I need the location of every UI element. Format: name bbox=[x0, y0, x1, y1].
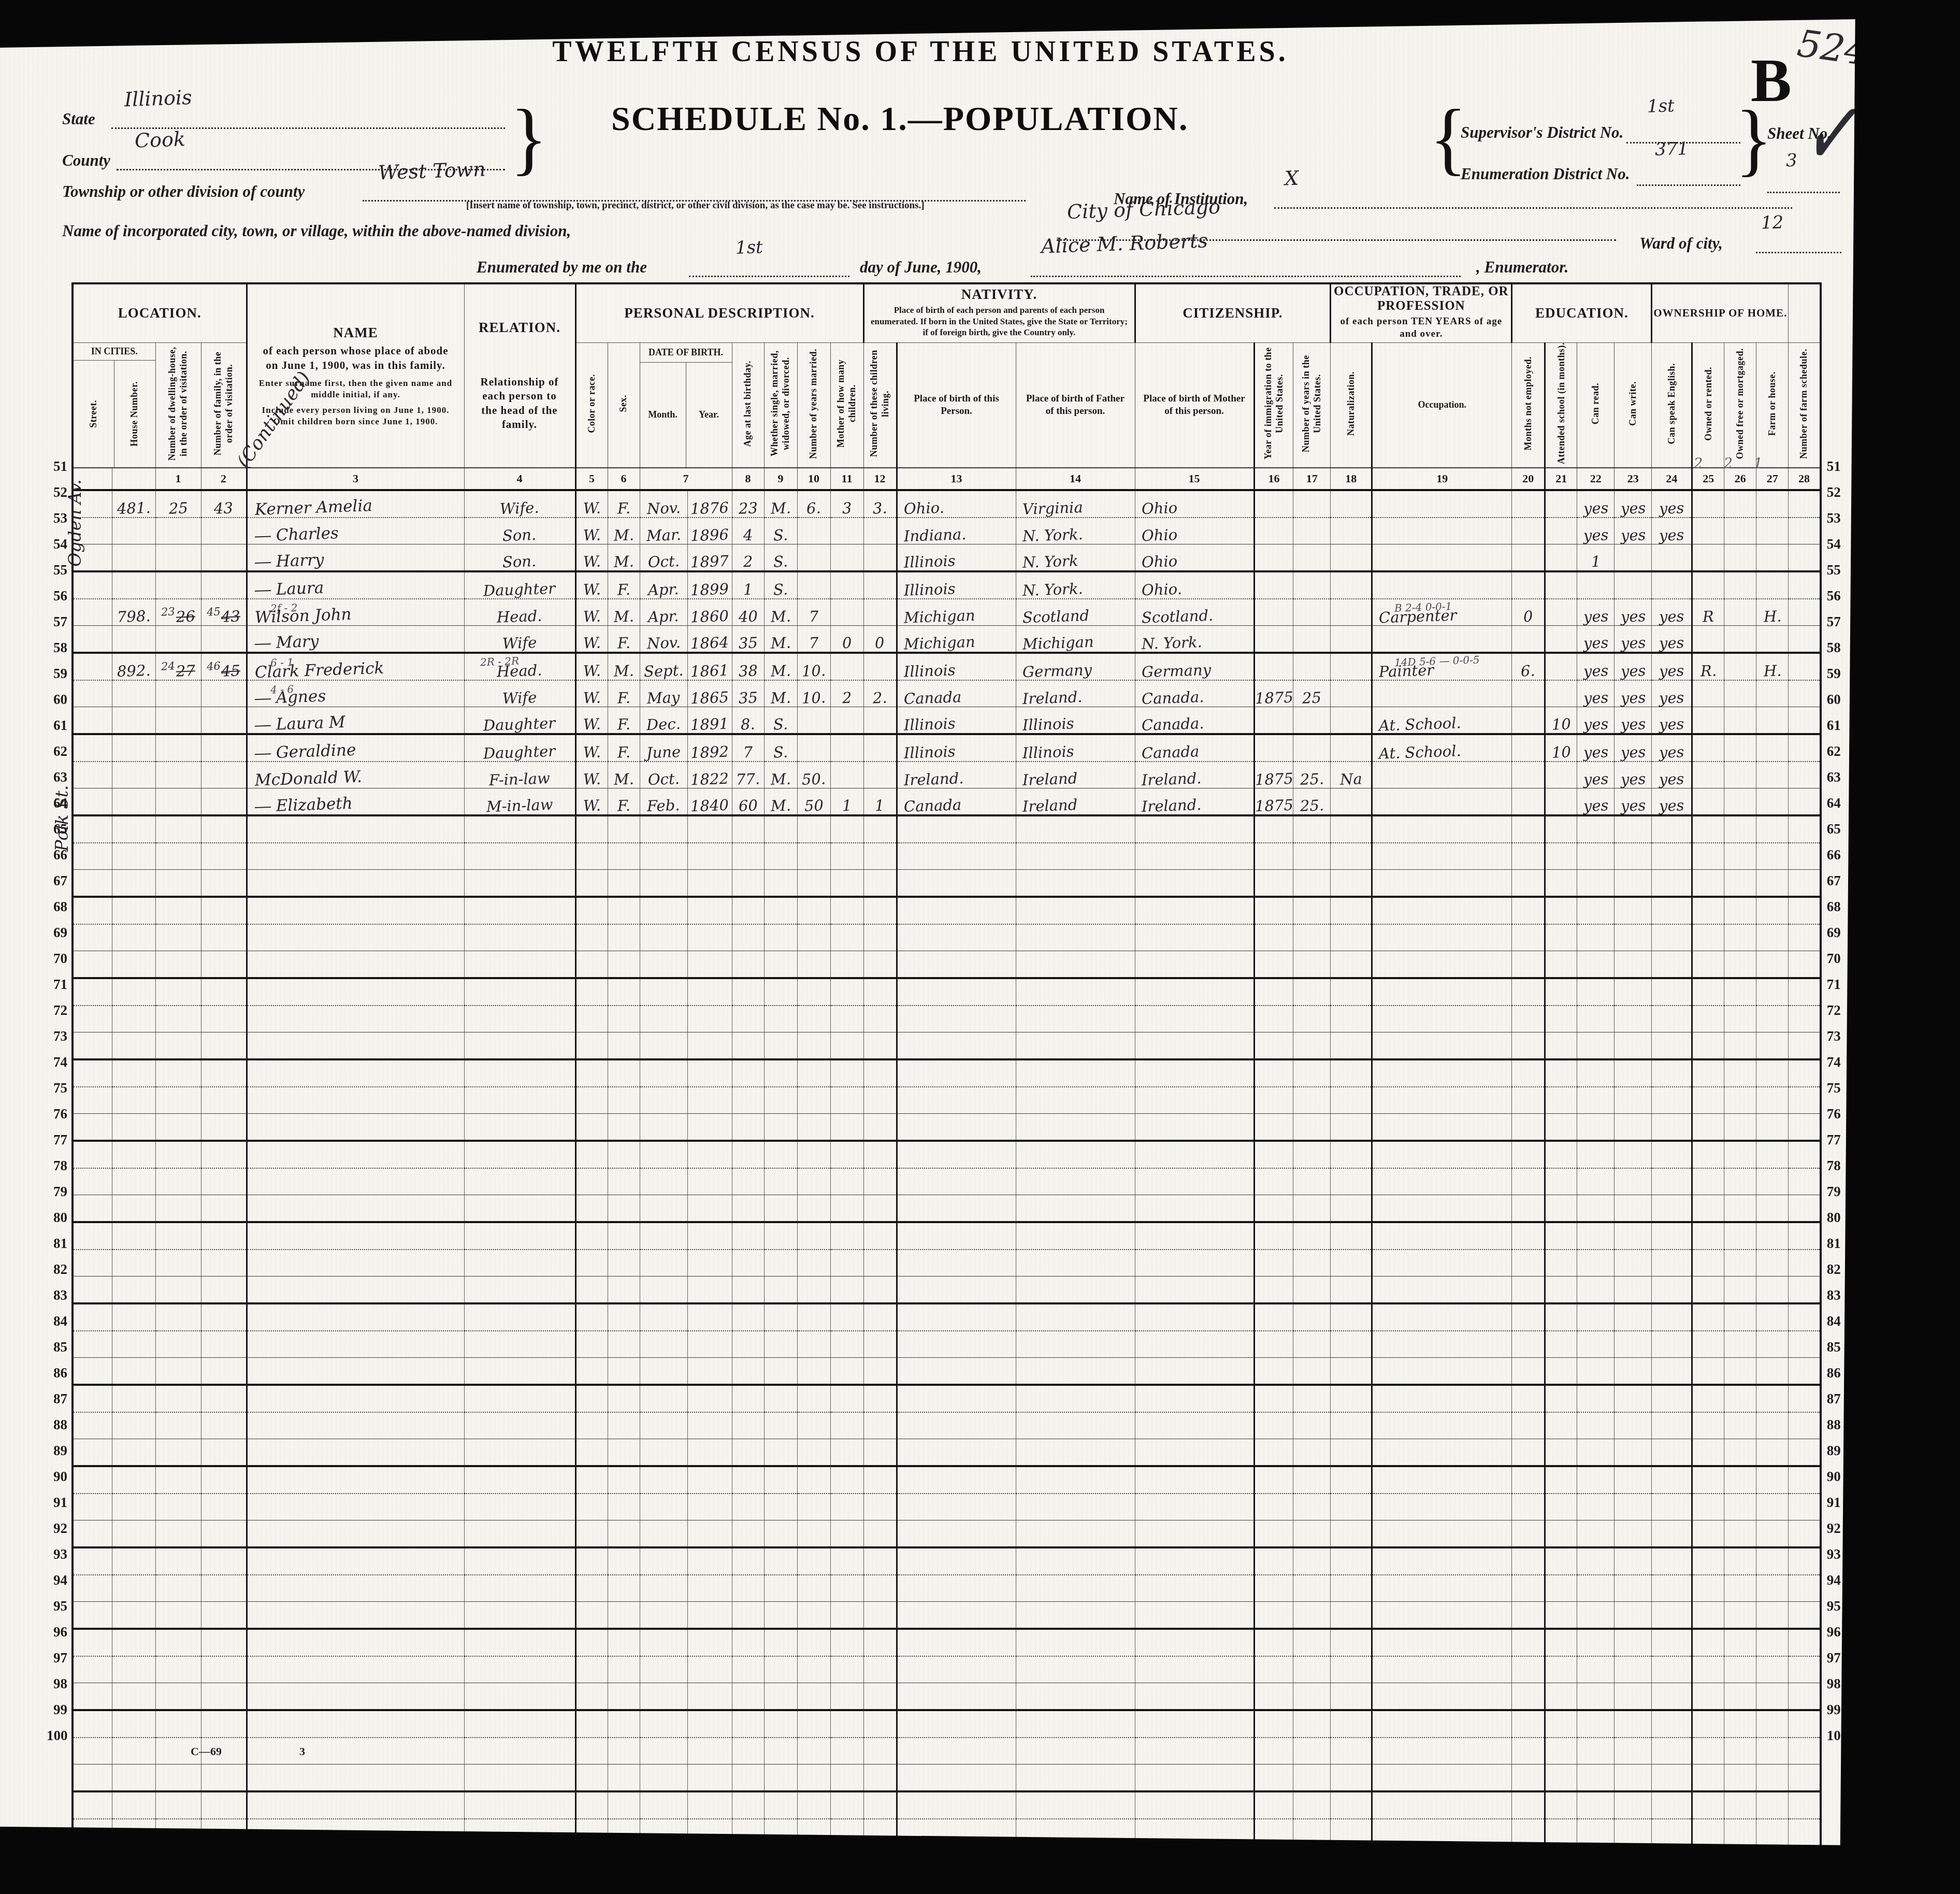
row-number: 99 bbox=[47, 1697, 71, 1723]
cell-rd bbox=[1577, 1222, 1615, 1250]
cell-own bbox=[1692, 788, 1724, 815]
cell-mar: M. bbox=[764, 788, 797, 815]
cell-nat: Na bbox=[1331, 762, 1372, 788]
pencil-education-marks: 2 2 1 bbox=[1694, 456, 1771, 472]
cell-fam bbox=[201, 951, 247, 978]
enumerator-label: , Enumerator. bbox=[1476, 258, 1568, 277]
col-color: Color or race. bbox=[575, 342, 608, 468]
cell-nat bbox=[1331, 490, 1372, 518]
cell-mar: M. bbox=[764, 490, 797, 518]
cell-age: 38 bbox=[732, 653, 764, 680]
cell-dw bbox=[155, 1303, 201, 1331]
cell-pf bbox=[1016, 924, 1135, 951]
cell-dw bbox=[155, 843, 201, 870]
cell-ym: 10. bbox=[797, 680, 830, 707]
cell-yr bbox=[687, 1412, 732, 1439]
cell-col bbox=[575, 924, 608, 951]
cell-fh bbox=[1756, 1222, 1789, 1250]
cell-sex bbox=[608, 1168, 640, 1195]
cell-ym bbox=[797, 1113, 830, 1141]
cell-fs bbox=[1789, 1575, 1821, 1602]
cell-rel bbox=[464, 1385, 575, 1412]
cell-fh bbox=[1756, 1466, 1789, 1494]
cell-hn bbox=[112, 518, 155, 544]
cell-imm bbox=[1254, 1738, 1293, 1764]
cell-sch bbox=[1545, 1087, 1577, 1114]
cell-rd bbox=[1577, 1764, 1615, 1791]
cell-en bbox=[1652, 1520, 1692, 1547]
cell-yus bbox=[1293, 897, 1331, 924]
cell-fs bbox=[1789, 1357, 1821, 1385]
cell-ym: 50 bbox=[797, 788, 830, 815]
cell-hn bbox=[112, 1791, 155, 1819]
row-number: 74 bbox=[47, 1049, 71, 1075]
cell-age bbox=[732, 897, 764, 924]
cell-col bbox=[575, 897, 608, 924]
cell-pb bbox=[897, 1656, 1016, 1683]
cell-occ bbox=[1372, 518, 1512, 544]
cell-fs bbox=[1789, 1547, 1821, 1575]
cell-yr: 1822 bbox=[687, 762, 732, 788]
cell-sex bbox=[608, 815, 640, 843]
cell-sch bbox=[1545, 1575, 1577, 1602]
supervisor-label: Supervisor's District No. bbox=[1461, 123, 1623, 142]
cell-own bbox=[1692, 1547, 1724, 1575]
cell-fam: 4543 bbox=[201, 599, 247, 626]
cell-pm bbox=[1135, 1764, 1254, 1791]
cell-mar bbox=[764, 1466, 797, 1494]
cell-pb bbox=[897, 1520, 1016, 1547]
cell-rd bbox=[1577, 1710, 1615, 1738]
cell-sch bbox=[1545, 1601, 1577, 1629]
cell-pm: N. York. bbox=[1135, 625, 1254, 653]
cell-cl bbox=[863, 1059, 897, 1087]
cell-fs bbox=[1789, 653, 1821, 680]
cell-dw bbox=[155, 1494, 201, 1520]
cell-imm bbox=[1254, 1032, 1293, 1059]
cell-mne bbox=[1512, 1520, 1545, 1547]
cell-pm: Ohio. bbox=[1135, 571, 1254, 599]
cell-mar bbox=[764, 1494, 797, 1520]
scan-border-right bbox=[1840, 0, 1960, 1894]
cell-rel: M-in-law bbox=[464, 788, 575, 815]
cell-mo: Feb. bbox=[640, 788, 687, 815]
cell-yus bbox=[1293, 1547, 1331, 1575]
cell-imm bbox=[1254, 1494, 1293, 1520]
cell-pf bbox=[1016, 869, 1135, 897]
cell-imm bbox=[1254, 1683, 1293, 1710]
cell-pm bbox=[1135, 1385, 1254, 1412]
cell-hn bbox=[112, 1222, 155, 1250]
cell-sex bbox=[608, 1439, 640, 1466]
cell-pm: Scotland. bbox=[1135, 599, 1254, 626]
cell-fh bbox=[1756, 490, 1789, 518]
cell-sch bbox=[1545, 1466, 1577, 1494]
cell-pf: Illinois bbox=[1016, 734, 1135, 762]
cell-en: yes bbox=[1652, 788, 1692, 815]
cell-en bbox=[1652, 1710, 1692, 1738]
cell-mar bbox=[764, 1276, 797, 1303]
cell-cl bbox=[863, 1791, 897, 1819]
cell-occ bbox=[1372, 1738, 1512, 1764]
cell-cl bbox=[863, 1656, 897, 1683]
table-row bbox=[73, 1683, 1821, 1710]
cell-fs bbox=[1789, 1466, 1821, 1494]
cell-cl bbox=[863, 1087, 897, 1114]
cell-dw bbox=[155, 1113, 201, 1141]
cell-sch bbox=[1545, 1303, 1577, 1331]
cell-mne bbox=[1512, 1087, 1545, 1114]
cell-dw bbox=[155, 1331, 201, 1358]
cell-sex bbox=[608, 1710, 640, 1738]
cell-rel bbox=[464, 1738, 575, 1764]
cell-rel: 2R - 2RHead. bbox=[464, 653, 575, 680]
cell-fs bbox=[1789, 978, 1821, 1006]
cell-ym: 10. bbox=[797, 653, 830, 680]
cell-st bbox=[73, 680, 112, 707]
enum-district-value: 371 bbox=[1654, 138, 1689, 160]
cell-fs bbox=[1789, 951, 1821, 978]
cell-imm bbox=[1254, 1195, 1293, 1222]
cell-sch bbox=[1545, 571, 1577, 599]
cell-rel bbox=[464, 1222, 575, 1250]
cell-rd bbox=[1577, 1331, 1615, 1358]
cell-imm bbox=[1254, 1629, 1293, 1656]
cell-mor bbox=[1724, 1141, 1756, 1168]
cell-fs bbox=[1789, 1113, 1821, 1141]
cell-fh bbox=[1756, 1439, 1789, 1466]
cell-mc bbox=[830, 1195, 863, 1222]
cell-fh bbox=[1756, 625, 1789, 653]
cell-yus bbox=[1293, 1250, 1331, 1276]
cell-mne bbox=[1512, 1032, 1545, 1059]
cell-nat bbox=[1331, 1791, 1372, 1819]
cell-wr: yes bbox=[1615, 490, 1652, 518]
cell-mc bbox=[830, 1656, 863, 1683]
cell-yr: 1892 bbox=[687, 734, 732, 762]
cell-yus bbox=[1293, 1656, 1331, 1683]
cell-pm bbox=[1135, 897, 1254, 924]
cell-nat bbox=[1331, 1141, 1372, 1168]
cell-en bbox=[1652, 1738, 1692, 1764]
cell-rd: yes bbox=[1577, 490, 1615, 518]
cell-pf bbox=[1016, 1710, 1135, 1738]
row-number: 69 bbox=[47, 920, 71, 945]
in-cities-label: IN CITIES. bbox=[74, 343, 155, 361]
cell-rd bbox=[1577, 1006, 1615, 1032]
state-value: Illinois bbox=[124, 86, 192, 111]
table-row: ― CharlesSon.W.M.Mar.18964S.Indiana.N. Y… bbox=[73, 518, 1821, 544]
cell-mc bbox=[830, 1412, 863, 1439]
cell-yr: 1896 bbox=[687, 518, 732, 544]
cell-en bbox=[1652, 1656, 1692, 1683]
cell-ym bbox=[797, 1656, 830, 1683]
cell-pb: Illinois bbox=[897, 734, 1016, 762]
cell-mor bbox=[1724, 1276, 1756, 1303]
cell-yus bbox=[1293, 815, 1331, 843]
cell-st bbox=[73, 1439, 112, 1466]
cell-wr bbox=[1615, 1276, 1652, 1303]
cell-mo bbox=[640, 1412, 687, 1439]
cell-pf bbox=[1016, 1032, 1135, 1059]
cell-fam bbox=[201, 680, 247, 707]
cell-pm bbox=[1135, 1683, 1254, 1710]
cell-fam bbox=[201, 1357, 247, 1385]
cell-fs bbox=[1789, 1520, 1821, 1547]
cell-age bbox=[732, 978, 764, 1006]
cell-imm bbox=[1254, 518, 1293, 544]
cell-sch bbox=[1545, 1331, 1577, 1358]
cell-mor bbox=[1724, 951, 1756, 978]
cell-mne bbox=[1512, 544, 1545, 571]
cell-yr bbox=[687, 1113, 732, 1141]
cell-ym bbox=[797, 1385, 830, 1412]
col-dwelling: Number of dwelling-house, in the order o… bbox=[155, 342, 201, 468]
cell-wr bbox=[1615, 1412, 1652, 1439]
cell-mc bbox=[830, 978, 863, 1006]
cell-age bbox=[732, 1141, 764, 1168]
cell-mar bbox=[764, 869, 797, 897]
cell-mo bbox=[640, 1710, 687, 1738]
cell-nat bbox=[1331, 1629, 1372, 1656]
cell-en bbox=[1652, 1032, 1692, 1059]
cell-mne bbox=[1512, 1764, 1545, 1791]
cell-ym: 7 bbox=[797, 625, 830, 653]
cell-pm bbox=[1135, 1195, 1254, 1222]
cell-st bbox=[73, 1113, 112, 1141]
cell-dw bbox=[155, 1683, 201, 1710]
cell-mc bbox=[830, 1250, 863, 1276]
cell-pf bbox=[1016, 1222, 1135, 1250]
cell-imm bbox=[1254, 1710, 1293, 1738]
cell-pm bbox=[1135, 924, 1254, 951]
cell-fh bbox=[1756, 1601, 1789, 1629]
cell-ym bbox=[797, 1331, 830, 1358]
cell-name bbox=[247, 1222, 464, 1250]
cell-mc bbox=[830, 1032, 863, 1059]
cell-mo bbox=[640, 815, 687, 843]
cell-col: W. bbox=[575, 490, 608, 518]
table-row bbox=[73, 978, 1821, 1006]
cell-pm bbox=[1135, 1250, 1254, 1276]
row-number: 80 bbox=[47, 1204, 71, 1230]
cell-ym bbox=[797, 1195, 830, 1222]
cell-pb bbox=[897, 978, 1016, 1006]
cell-mc bbox=[830, 653, 863, 680]
cell-occ bbox=[1372, 897, 1512, 924]
cell-imm bbox=[1254, 1059, 1293, 1087]
cell-sch bbox=[1545, 490, 1577, 518]
cell-wr: yes bbox=[1615, 599, 1652, 626]
cell-own bbox=[1692, 1412, 1724, 1439]
table-row bbox=[73, 1331, 1821, 1358]
cell-rel bbox=[464, 1575, 575, 1602]
cell-mor bbox=[1724, 1059, 1756, 1087]
cell-hn bbox=[112, 1575, 155, 1602]
cell-imm bbox=[1254, 1357, 1293, 1385]
cell-nat bbox=[1331, 1439, 1372, 1466]
cell-rel bbox=[464, 1168, 575, 1195]
row-number: 95 bbox=[47, 1593, 71, 1619]
cell-wr bbox=[1615, 544, 1652, 571]
cell-en bbox=[1652, 1331, 1692, 1358]
cell-yr bbox=[687, 1656, 732, 1683]
col-occupation: Occupation. bbox=[1372, 342, 1512, 468]
cell-wr bbox=[1615, 843, 1652, 870]
table-row bbox=[73, 1195, 1821, 1222]
cell-mne bbox=[1512, 490, 1545, 518]
cell-wr: yes bbox=[1615, 625, 1652, 653]
cell-nat bbox=[1331, 951, 1372, 978]
cell-cl bbox=[863, 1629, 897, 1656]
cell-st bbox=[73, 897, 112, 924]
cell-sch bbox=[1545, 1791, 1577, 1819]
cell-rel bbox=[464, 1303, 575, 1331]
cell-mne bbox=[1512, 1222, 1545, 1250]
cell-yr bbox=[687, 1520, 732, 1547]
cell-pb bbox=[897, 924, 1016, 951]
cell-own bbox=[1692, 924, 1724, 951]
cell-mar bbox=[764, 1222, 797, 1250]
cell-wr bbox=[1615, 571, 1652, 599]
cell-age bbox=[732, 1412, 764, 1439]
cell-yr bbox=[687, 1303, 732, 1331]
cell-cl bbox=[863, 518, 897, 544]
cell-age bbox=[732, 1087, 764, 1114]
cell-mo bbox=[640, 1547, 687, 1575]
cell-wr bbox=[1615, 951, 1652, 978]
cell-own bbox=[1692, 734, 1724, 762]
cell-st bbox=[73, 1141, 112, 1168]
cell-dw: 2326 bbox=[155, 599, 201, 626]
cell-yus bbox=[1293, 843, 1331, 870]
cell-rd bbox=[1577, 1439, 1615, 1466]
row-number: 83 bbox=[1822, 1282, 1847, 1308]
row-number: 62 bbox=[47, 738, 71, 764]
cell-en bbox=[1652, 1439, 1692, 1466]
cell-mc bbox=[830, 1141, 863, 1168]
cell-dw bbox=[155, 1412, 201, 1439]
cell-mor bbox=[1724, 599, 1756, 626]
cell-col bbox=[575, 1059, 608, 1087]
cell-fh bbox=[1756, 1195, 1789, 1222]
cell-sex: F. bbox=[608, 707, 640, 734]
cell-yr: 1891 bbox=[687, 707, 732, 734]
cell-fh bbox=[1756, 897, 1789, 924]
cell-age bbox=[732, 924, 764, 951]
cell-fs bbox=[1789, 625, 1821, 653]
cell-cl bbox=[863, 1357, 897, 1385]
group-occupation: OCCUPATION, TRADE, OR PROFESSION of each… bbox=[1331, 283, 1512, 342]
cell-name bbox=[247, 843, 464, 870]
col-family: Number of family, in the order of visita… bbox=[201, 342, 247, 468]
cell-pf bbox=[1016, 1303, 1135, 1331]
cell-mne bbox=[1512, 1276, 1545, 1303]
cell-fam bbox=[201, 1195, 247, 1222]
cell-sex bbox=[608, 1547, 640, 1575]
cell-fh bbox=[1756, 1412, 1789, 1439]
cell-hn bbox=[112, 1466, 155, 1494]
cell-mar bbox=[764, 1113, 797, 1141]
cell-mar bbox=[764, 1168, 797, 1195]
cell-en bbox=[1652, 1250, 1692, 1276]
cell-fh bbox=[1756, 1087, 1789, 1114]
cell-fs bbox=[1789, 1331, 1821, 1358]
cell-mne bbox=[1512, 788, 1545, 815]
cell-sex bbox=[608, 1601, 640, 1629]
cell-wr: yes bbox=[1615, 518, 1652, 544]
row-number: 61 bbox=[1822, 712, 1847, 738]
cell-rel bbox=[464, 1006, 575, 1032]
table-row: 4 - 6― AgnesWifeW.F.May186535M.10.22.Can… bbox=[73, 680, 1821, 707]
table-row bbox=[73, 1087, 1821, 1114]
cell-dw: 2427 bbox=[155, 653, 201, 680]
col-sex: Sex. bbox=[608, 342, 640, 468]
cell-mar bbox=[764, 1006, 797, 1032]
cell-mne bbox=[1512, 625, 1545, 653]
cell-ym bbox=[797, 1303, 830, 1331]
cell-mar bbox=[764, 1575, 797, 1602]
cell-age bbox=[732, 1466, 764, 1494]
cell-mor bbox=[1724, 1520, 1756, 1547]
row-number: 76 bbox=[47, 1101, 71, 1127]
cell-rel bbox=[464, 1113, 575, 1141]
cell-dw bbox=[155, 1006, 201, 1032]
row-number: 65 bbox=[1822, 816, 1847, 842]
cell-hn bbox=[112, 924, 155, 951]
cell-imm bbox=[1254, 1303, 1293, 1331]
cell-pf: Germany bbox=[1016, 653, 1135, 680]
cell-name: 2f - 2Wilson John bbox=[247, 599, 464, 626]
cell-own bbox=[1692, 1656, 1724, 1683]
cell-sex bbox=[608, 1791, 640, 1819]
row-number: 73 bbox=[1822, 1023, 1847, 1049]
cell-imm bbox=[1254, 897, 1293, 924]
cell-wr bbox=[1615, 1113, 1652, 1141]
cell-age: 2 bbox=[732, 544, 764, 571]
col-dob: DATE OF BIRTH. Month. Year. bbox=[640, 342, 732, 468]
cell-pb bbox=[897, 1032, 1016, 1059]
cell-nat bbox=[1331, 924, 1372, 951]
cell-en bbox=[1652, 1575, 1692, 1602]
cell-en bbox=[1652, 1547, 1692, 1575]
supervisor-value: 1st bbox=[1647, 95, 1675, 117]
cell-dw bbox=[155, 869, 201, 897]
cell-own bbox=[1692, 951, 1724, 978]
cell-yr bbox=[687, 1466, 732, 1494]
cell-mo bbox=[640, 978, 687, 1006]
cell-st bbox=[73, 1710, 112, 1738]
cell-mo bbox=[640, 1250, 687, 1276]
cell-yus bbox=[1293, 734, 1331, 762]
cell-yr bbox=[687, 897, 732, 924]
cell-wr: yes bbox=[1615, 734, 1652, 762]
table-row bbox=[73, 1113, 1821, 1141]
cell-sch bbox=[1545, 1385, 1577, 1412]
table-row: ― HarrySon.W.M.Oct.18972S.IllinoisN. Yor… bbox=[73, 544, 1821, 571]
cell-mo bbox=[640, 1520, 687, 1547]
cell-pm bbox=[1135, 1087, 1254, 1114]
cell-mc bbox=[830, 1601, 863, 1629]
cell-dw bbox=[155, 815, 201, 843]
cell-dw bbox=[155, 707, 201, 734]
col-pob-mother: Place of birth of Mother of this person. bbox=[1135, 342, 1254, 468]
cell-fs bbox=[1789, 924, 1821, 951]
cell-yus bbox=[1293, 1601, 1331, 1629]
sheet-value: 3 bbox=[1785, 150, 1797, 171]
cell-mne bbox=[1512, 1195, 1545, 1222]
cell-yus bbox=[1293, 1764, 1331, 1791]
